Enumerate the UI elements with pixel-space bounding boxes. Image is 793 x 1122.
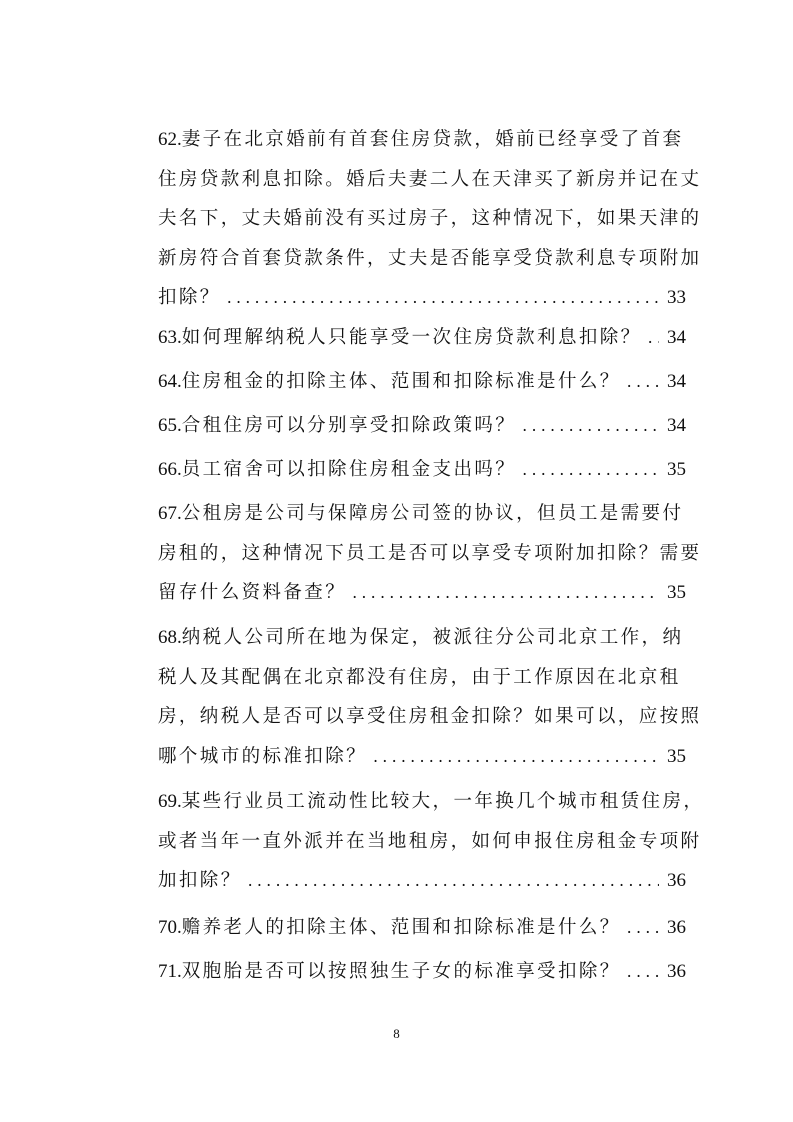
toc-last-line: 63.如何理解纳税人只能享受一次住房贷款利息扣除？ ..............… (158, 318, 686, 358)
toc-last-line: 扣除？ ....................................… (158, 278, 686, 318)
page-ref: 36 (667, 908, 686, 948)
toc-entry-65[interactable]: 65.合租住房可以分别享受扣除政策吗？ ....................… (158, 406, 686, 446)
toc-last-line: 哪个城市的标准扣除？ .............................… (158, 737, 686, 777)
toc-last-line: 留存什么资料备查？ ..............................… (158, 573, 686, 613)
page-ref: 35 (667, 737, 686, 777)
document-page: 62.妻子在北京婚前有首套住房贷款，婚前已经享受了首套 住房贷款利息扣除。婚后夫… (0, 0, 793, 1122)
page-ref: 36 (667, 952, 686, 992)
toc-entry-68[interactable]: 68.纳税人公司所在地为保定，被派往分公司北京工作，纳 税人及其配偶在北京都没有… (158, 618, 686, 776)
dot-leader: ........................................… (248, 861, 659, 901)
toc-line: 62.妻子在北京婚前有首套住房贷款，婚前已经享受了首套 (158, 120, 686, 160)
toc-last-line: 64.住房租金的扣除主体、范围和扣除标准是什么？ ...............… (158, 362, 686, 402)
toc-last-line: 71.双胞胎是否可以按照独生子女的标准享受扣除？ ...............… (158, 952, 686, 992)
dot-leader: ........................................… (352, 573, 659, 613)
toc-entry-69[interactable]: 69.某些行业员工流动性比较大，一年换几个城市租赁住房， 或者当年一直外派并在当… (158, 782, 686, 901)
toc-line: 税人及其配偶在北京都没有住房，由于工作原因在北京租 (158, 658, 686, 698)
toc-entry-67[interactable]: 67.公租房是公司与保障房公司签的协议，但员工是需要付 房租的，这种情况下员工是… (158, 494, 686, 613)
toc-line: 房，纳税人是否可以享受住房租金扣除？如果可以，应按照 (158, 697, 686, 737)
toc-entry-70[interactable]: 70.赡养老人的扣除主体、范围和扣除标准是什么？ ...............… (158, 908, 686, 948)
page-ref: 35 (667, 573, 686, 613)
dot-leader: ........................................… (522, 406, 659, 446)
page-ref: 36 (667, 861, 686, 901)
toc-entry-62[interactable]: 62.妻子在北京婚前有首套住房贷款，婚前已经享受了首套 住房贷款利息扣除。婚后夫… (158, 120, 686, 318)
toc-line: 住房贷款利息扣除。婚后夫妻二人在天津买了新房并记在丈 (158, 160, 686, 200)
toc-last-line: 66.员工宿舍可以扣除住房租金支出吗？ ....................… (158, 450, 686, 490)
dot-leader: ........................................… (627, 908, 659, 948)
toc-entry-64[interactable]: 64.住房租金的扣除主体、范围和扣除标准是什么？ ...............… (158, 362, 686, 402)
page-ref: 34 (667, 362, 686, 402)
dot-leader: ........................................… (627, 362, 659, 402)
toc-line: 68.纳税人公司所在地为保定，被派往分公司北京工作，纳 (158, 618, 686, 658)
dot-leader: ........................................… (627, 952, 659, 992)
toc-entry-63[interactable]: 63.如何理解纳税人只能享受一次住房贷款利息扣除？ ..............… (158, 318, 686, 358)
toc-line: 夫名下，丈夫婚前没有买过房子，这种情况下，如果天津的 (158, 199, 686, 239)
page-ref: 34 (667, 406, 686, 446)
toc-last-line: 65.合租住房可以分别享受扣除政策吗？ ....................… (158, 406, 686, 446)
dot-leader: ........................................… (373, 737, 659, 777)
toc-last-line: 70.赡养老人的扣除主体、范围和扣除标准是什么？ ...............… (158, 908, 686, 948)
toc-entry-66[interactable]: 66.员工宿舍可以扣除住房租金支出吗？ ....................… (158, 450, 686, 490)
toc-last-line: 加扣除？ ...................................… (158, 861, 686, 901)
toc-line: 新房符合首套贷款条件，丈夫是否能享受贷款利息专项附加 (158, 239, 686, 279)
dot-leader: ........................................… (522, 450, 659, 490)
page-ref: 33 (667, 278, 686, 318)
toc-line: 67.公租房是公司与保障房公司签的协议，但员工是需要付 (158, 494, 686, 534)
toc-entry-71[interactable]: 71.双胞胎是否可以按照独生子女的标准享受扣除？ ...............… (158, 952, 686, 992)
toc-line: 房租的，这种情况下员工是否可以享受专项附加扣除？需要 (158, 534, 686, 574)
page-number: 8 (0, 1026, 793, 1042)
dot-leader: ........................................… (648, 318, 659, 358)
toc-line: 或者当年一直外派并在当地租房，如何申报住房租金专项附 (158, 822, 686, 862)
dot-leader: ........................................… (227, 278, 659, 318)
page-ref: 34 (667, 318, 686, 358)
toc-line: 69.某些行业员工流动性比较大，一年换几个城市租赁住房， (158, 782, 686, 822)
page-ref: 35 (667, 450, 686, 490)
